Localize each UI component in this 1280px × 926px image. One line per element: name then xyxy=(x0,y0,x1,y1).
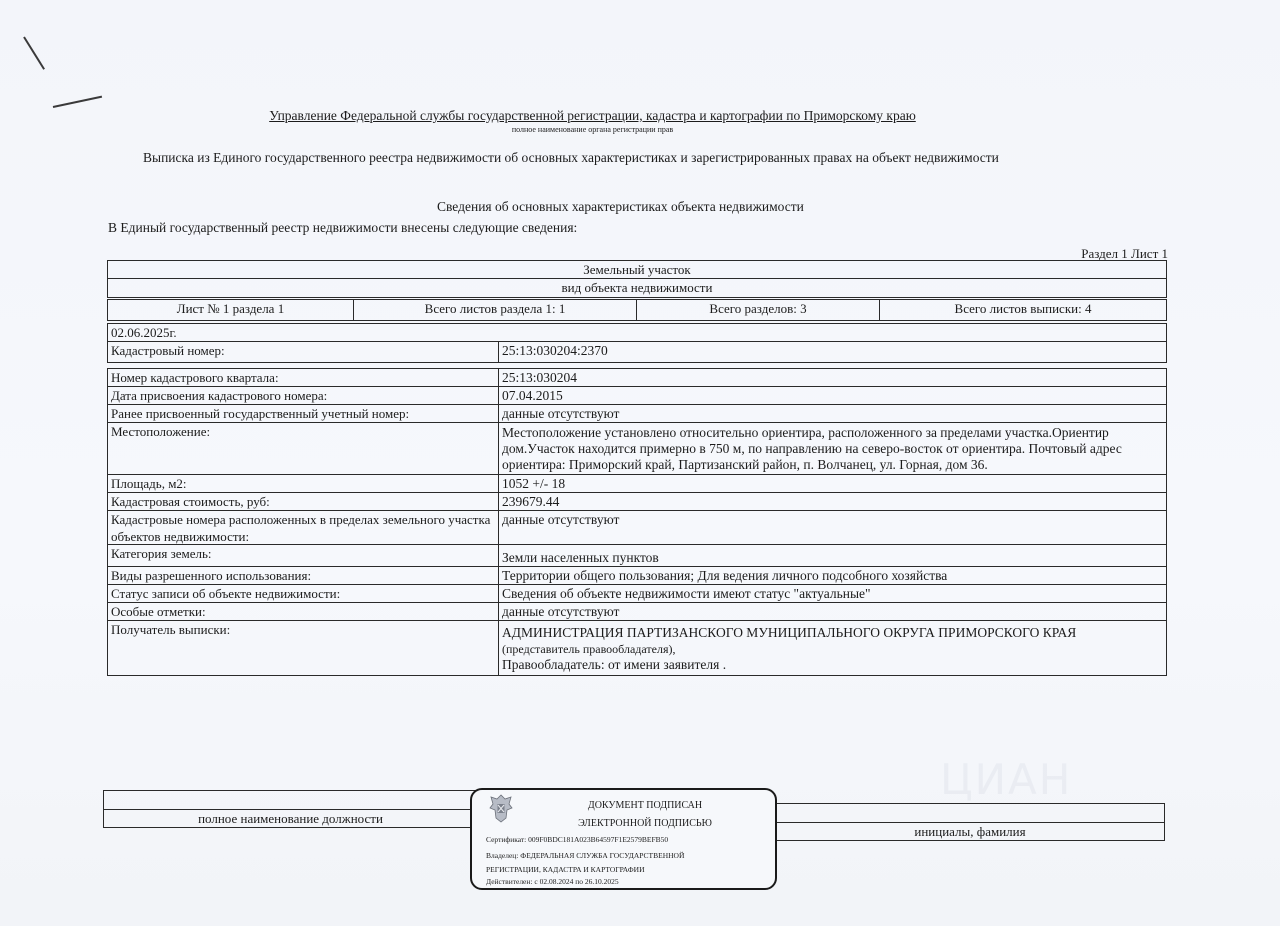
characteristics-table: Номер кадастрового квартала: 25:13:03020… xyxy=(107,368,1167,676)
scan-mark xyxy=(53,96,102,108)
table-row: Кадастровая стоимость, руб: 239679.44 xyxy=(108,493,1166,511)
scan-mark xyxy=(23,36,45,69)
certificate-number: Сертификат: 009F0BDC181A023B64597F1E2579… xyxy=(486,835,668,844)
table-row: Дата присвоения кадастрового номера: 07.… xyxy=(108,387,1166,405)
extract-sheets-total: Всего листов выписки: 4 xyxy=(879,300,1166,320)
recipient-name: АДМИНИСТРАЦИЯ ПАРТИЗАНСКОГО МУНИЦИПАЛЬНО… xyxy=(502,625,1163,641)
stamp-title: ДОКУМЕНТ ПОДПИСАН xyxy=(520,800,770,811)
table-row: Особые отметки: данные отсутствуют xyxy=(108,603,1166,621)
electronic-signature-stamp: ДОКУМЕНТ ПОДПИСАН ЭЛЕКТРОННОЙ ПОДПИСЬЮ С… xyxy=(470,788,777,890)
stamp-subtitle: ЭЛЕКТРОННОЙ ПОДПИСЬЮ xyxy=(520,818,770,829)
document-page: Управление Федеральной службы государств… xyxy=(0,0,1280,926)
certificate-validity: Действителен: с 02.08.2024 по 26.10.2025 xyxy=(486,877,619,886)
recipient-row: Получатель выписки: АДМИНИСТРАЦИЯ ПАРТИЗ… xyxy=(108,621,1166,675)
sections-total: Всего разделов: 3 xyxy=(636,300,879,320)
table-row: Виды разрешенного использования: Террито… xyxy=(108,567,1166,585)
name-caption: инициалы, фамилия xyxy=(776,822,1164,840)
table-row: Кадастровые номера расположенных в преде… xyxy=(108,511,1166,545)
intro-text: В Единый государственный реестр недвижим… xyxy=(108,220,577,236)
certificate-owner: Владелец: ФЕДЕРАЛЬНАЯ СЛУЖБА ГОСУДАРСТВЕ… xyxy=(486,851,684,860)
name-table: инициалы, фамилия xyxy=(775,803,1165,841)
extract-date: 02.06.2025г. xyxy=(108,324,1166,341)
recipient-role: (представитель правообладателя), xyxy=(502,641,1163,657)
certificate-owner-cont: РЕГИСТРАЦИИ, КАДАСТРА И КАРТОГРАФИИ xyxy=(486,865,645,874)
location-value: Местоположение установлено относительно … xyxy=(498,423,1166,474)
cadastral-number-table: 02.06.2025г. Кадастровый номер: 25:13:03… xyxy=(107,323,1167,363)
table-row: Площадь, м2: 1052 +/- 18 xyxy=(108,475,1166,493)
cadastral-number-label: Кадастровый номер: xyxy=(108,342,498,362)
object-type-table: Земельный участок вид объекта недвижимос… xyxy=(107,260,1167,298)
table-row: Местоположение: Местоположение установле… xyxy=(108,423,1166,475)
table-row: Статус записи об объекте недвижимости: С… xyxy=(108,585,1166,603)
table-row: Категория земель: Земли населенных пункт… xyxy=(108,545,1166,567)
cadastral-number-value: 25:13:030204:2370 xyxy=(498,342,1166,362)
watermark: ЦИАН xyxy=(940,755,1072,804)
section-title: Сведения об основных характеристиках объ… xyxy=(437,199,804,215)
rightholder: Правообладатель: от имени заявителя . xyxy=(502,657,1163,673)
sheet-info-table: Лист № 1 раздела 1 Всего листов раздела … xyxy=(107,299,1167,321)
coat-of-arms-icon xyxy=(486,792,516,824)
object-type: Земельный участок xyxy=(108,261,1166,278)
sheet-number: Лист № 1 раздела 1 xyxy=(108,300,353,320)
organization-name: Управление Федеральной службы государств… xyxy=(250,108,935,124)
position-caption: полное наименование должности xyxy=(104,809,477,827)
section-sheets-total: Всего листов раздела 1: 1 xyxy=(353,300,636,320)
object-type-caption: вид объекта недвижимости xyxy=(108,279,1166,297)
position-table: полное наименование должности xyxy=(103,790,478,828)
table-row: Ранее присвоенный государственный учетны… xyxy=(108,405,1166,423)
table-row: Номер кадастрового квартала: 25:13:03020… xyxy=(108,369,1166,387)
organization-caption: полное наименование органа регистрации п… xyxy=(440,125,745,134)
document-title: Выписка из Единого государственного реес… xyxy=(143,150,999,166)
